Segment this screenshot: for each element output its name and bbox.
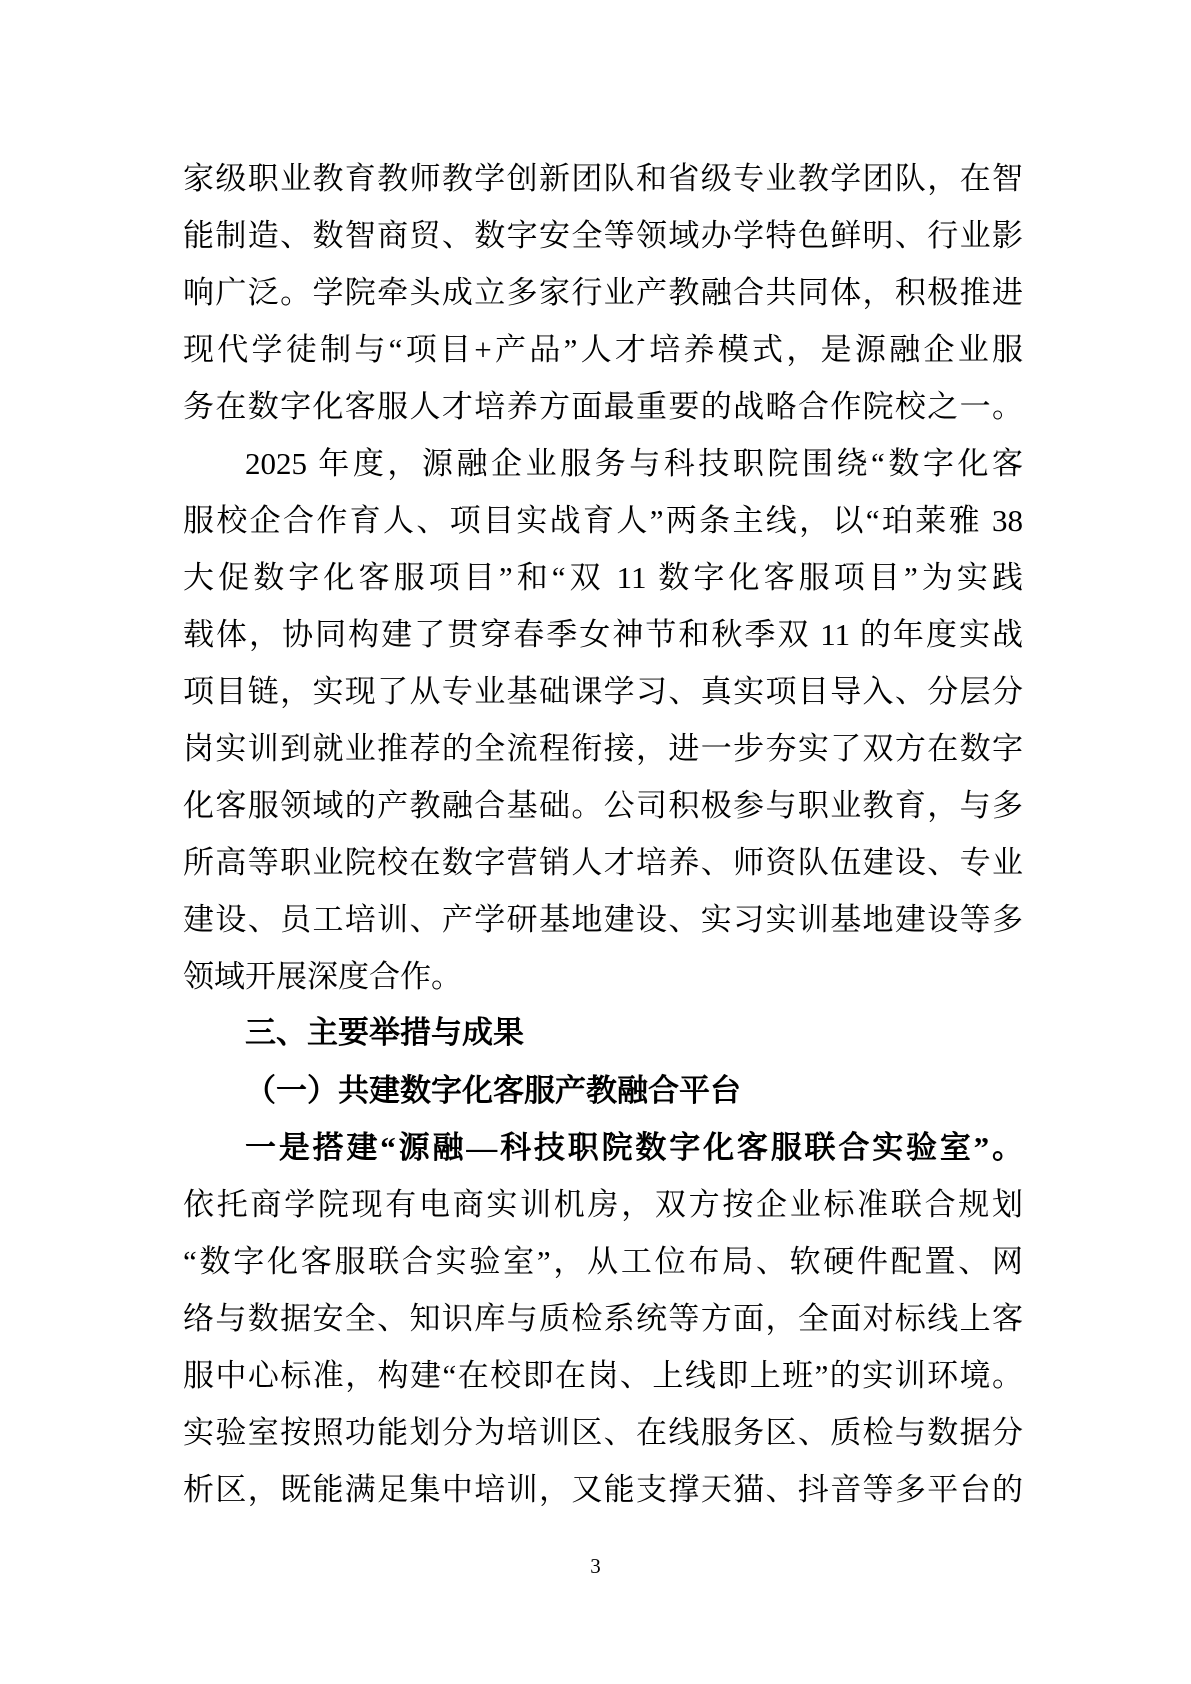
text-line: 现代学徒制与“项目+产品”人才培养模式，是源融企业服 [183, 321, 1023, 378]
text-line: 项目链，实现了从专业基础课学习、真实项目导入、分层分 [183, 663, 1023, 720]
text-line: 一是搭建“源融—科技职院数字化客服联合实验室”。 [183, 1119, 1023, 1176]
paragraph-block: 2025 年度，源融企业服务与科技职院围绕“数字化客服校企合作育人、项目实战育人… [183, 435, 1023, 1005]
text-line: 载体，协同构建了贯穿春季女神节和秋季双 11 的年度实战 [183, 606, 1023, 663]
text-line: 务在数字化客服人才培养方面最重要的战略合作院校之一。 [183, 378, 1023, 435]
text-line: 服中心标准，构建“在校即在岗、上线即上班”的实训环境。 [183, 1347, 1023, 1404]
text-line: 析区，既能满足集中培训，又能支撑天猫、抖音等多平台的 [183, 1461, 1023, 1518]
text-line: 2025 年度，源融企业服务与科技职院围绕“数字化客 [183, 435, 1023, 492]
page-footer: 3 [0, 1552, 1191, 1583]
paragraph-block: 一是搭建“源融—科技职院数字化客服联合实验室”。依托商学院现有电商实训机房，双方… [183, 1119, 1023, 1518]
text-line: 领域开展深度合作。 [183, 948, 1023, 1005]
paragraph-block: 三、主要举措与成果 [183, 1005, 1023, 1062]
text-block: 家级职业教育教师教学创新团队和省级专业教学团队，在智能制造、数智商贸、数字安全等… [183, 150, 1023, 1518]
text-line: 岗实训到就业推荐的全流程衔接，进一步夯实了双方在数字 [183, 720, 1023, 777]
document-page: 家级职业教育教师教学创新团队和省级专业教学团队，在智能制造、数智商贸、数字安全等… [0, 0, 1191, 1684]
text-line: 所高等职业院校在数字营销人才培养、师资队伍建设、专业 [183, 834, 1023, 891]
paragraph-block: （一）共建数字化客服产教融合平台 [183, 1062, 1023, 1119]
text-line: 家级职业教育教师教学创新团队和省级专业教学团队，在智 [183, 150, 1023, 207]
text-line: （一）共建数字化客服产教融合平台 [183, 1062, 1023, 1119]
text-line: 大促数字化客服项目”和“双 11 数字化客服项目”为实践 [183, 549, 1023, 606]
text-line: 三、主要举措与成果 [183, 1005, 1023, 1062]
text-line: 化客服领域的产教融合基础。公司积极参与职业教育，与多 [183, 777, 1023, 834]
text-line: 实验室按照功能划分为培训区、在线服务区、质检与数据分 [183, 1404, 1023, 1461]
text-line: 依托商学院现有电商实训机房，双方按企业标准联合规划 [183, 1176, 1023, 1233]
text-line: 建设、员工培训、产学研基地建设、实习实训基地建设等多 [183, 891, 1023, 948]
text-line: “数字化客服联合实验室”，从工位布局、软硬件配置、网 [183, 1233, 1023, 1290]
paragraph-block: 家级职业教育教师教学创新团队和省级专业教学团队，在智能制造、数智商贸、数字安全等… [183, 150, 1023, 435]
text-line: 能制造、数智商贸、数字安全等领域办学特色鲜明、行业影 [183, 207, 1023, 264]
page-number: 3 [590, 1554, 601, 1578]
text-line: 络与数据安全、知识库与质检系统等方面，全面对标线上客 [183, 1290, 1023, 1347]
text-line: 响广泛。学院牵头成立多家行业产教融合共同体，积极推进 [183, 264, 1023, 321]
text-line: 服校企合作育人、项目实战育人”两条主线，以“珀莱雅 38 [183, 492, 1023, 549]
